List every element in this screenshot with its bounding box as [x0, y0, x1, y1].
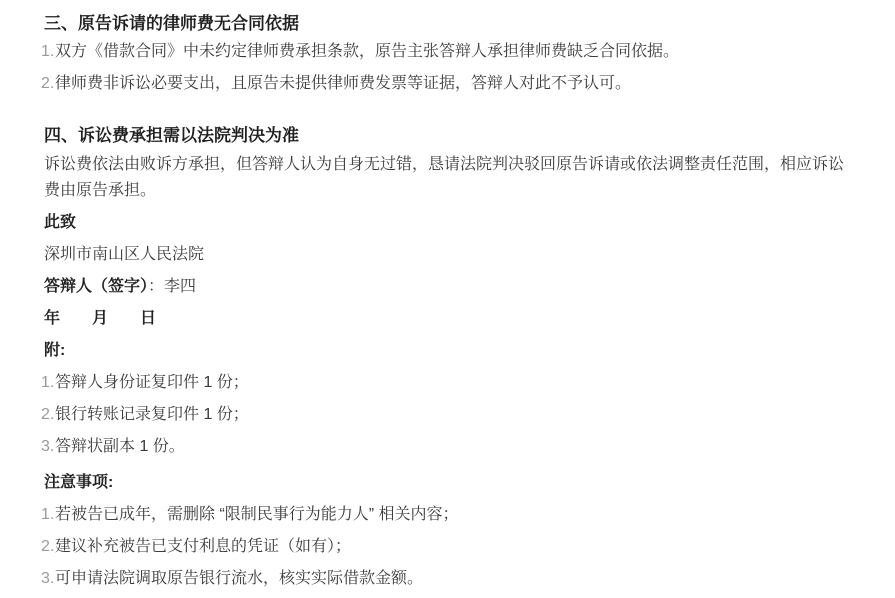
list-item-text: 可申请法院调取原告银行流水，核实实际借款金额。: [55, 566, 845, 592]
list-marker: 2.: [41, 71, 55, 97]
list-marker: 2.: [41, 534, 55, 560]
list-marker: 1.: [41, 39, 55, 65]
list-item: 2. 建议补充被告已支付利息的凭证（如有）；: [44, 534, 845, 560]
list-marker: 3.: [41, 434, 55, 460]
list-marker: 1.: [41, 502, 55, 528]
section4-heading: 四、诉讼费承担需以法院判决为准: [44, 125, 845, 146]
attachments-label: 附:: [44, 338, 845, 364]
section3-heading: 三、原告诉请的律师费无合同依据: [44, 13, 845, 34]
list-item: 3. 答辩状副本 1 份。: [44, 434, 845, 460]
list-item-text: 律师费非诉讼必要支出，且原告未提供律师费发票等证据，答辩人对此不予认可。: [55, 71, 845, 97]
list-item: 1. 答辩人身份证复印件 1 份；: [44, 370, 845, 396]
list-marker: 1.: [41, 370, 55, 396]
legal-defense-document: 三、原告诉请的律师费无合同依据 1. 双方《借款合同》中未约定律师费承担条款，原…: [0, 0, 895, 598]
signature-value: ：李四: [148, 278, 196, 295]
notes-label: 注意事项:: [44, 470, 845, 496]
notes-list: 1. 若被告已成年，需删除 “限制民事行为能力人” 相关内容； 2. 建议补充被…: [44, 502, 845, 592]
list-item-text: 答辩状副本 1 份。: [55, 434, 845, 460]
list-item-text: 答辩人身份证复印件 1 份；: [55, 370, 845, 396]
list-item: 1. 双方《借款合同》中未约定律师费承担条款，原告主张答辩人承担律师费缺乏合同依…: [44, 39, 845, 65]
section3-list: 1. 双方《借款合同》中未约定律师费承担条款，原告主张答辩人承担律师费缺乏合同依…: [44, 39, 845, 97]
list-item-text: 银行转账记录复印件 1 份；: [55, 402, 845, 428]
list-marker: 2.: [41, 402, 55, 428]
closing-salute: 此致: [44, 210, 845, 236]
list-item-text: 若被告已成年，需删除 “限制民事行为能力人” 相关内容；: [55, 502, 845, 528]
list-item-text: 建议补充被告已支付利息的凭证（如有）；: [55, 534, 845, 560]
list-marker: 3.: [41, 566, 55, 592]
closing-court: 深圳市南山区人民法院: [44, 242, 845, 268]
list-item: 2. 律师费非诉讼必要支出，且原告未提供律师费发票等证据，答辩人对此不予认可。: [44, 71, 845, 97]
closing-date-line: 年 月 日: [44, 306, 845, 332]
list-item: 2. 银行转账记录复印件 1 份；: [44, 402, 845, 428]
list-item: 3. 可申请法院调取原告银行流水，核实实际借款金额。: [44, 566, 845, 592]
closing-signature-line: 答辩人（签字）：李四: [44, 274, 845, 300]
signature-label: 答辩人（签字）: [44, 278, 148, 295]
list-item: 1. 若被告已成年，需删除 “限制民事行为能力人” 相关内容；: [44, 502, 845, 528]
list-item-text: 双方《借款合同》中未约定律师费承担条款，原告主张答辩人承担律师费缺乏合同依据。: [55, 39, 845, 65]
attachments-list: 1. 答辩人身份证复印件 1 份； 2. 银行转账记录复印件 1 份； 3. 答…: [44, 370, 845, 460]
section4-paragraph: 诉讼费依法由败诉方承担，但答辩人认为自身无过错，恳请法院判决驳回原告诉请或依法调…: [44, 152, 845, 204]
